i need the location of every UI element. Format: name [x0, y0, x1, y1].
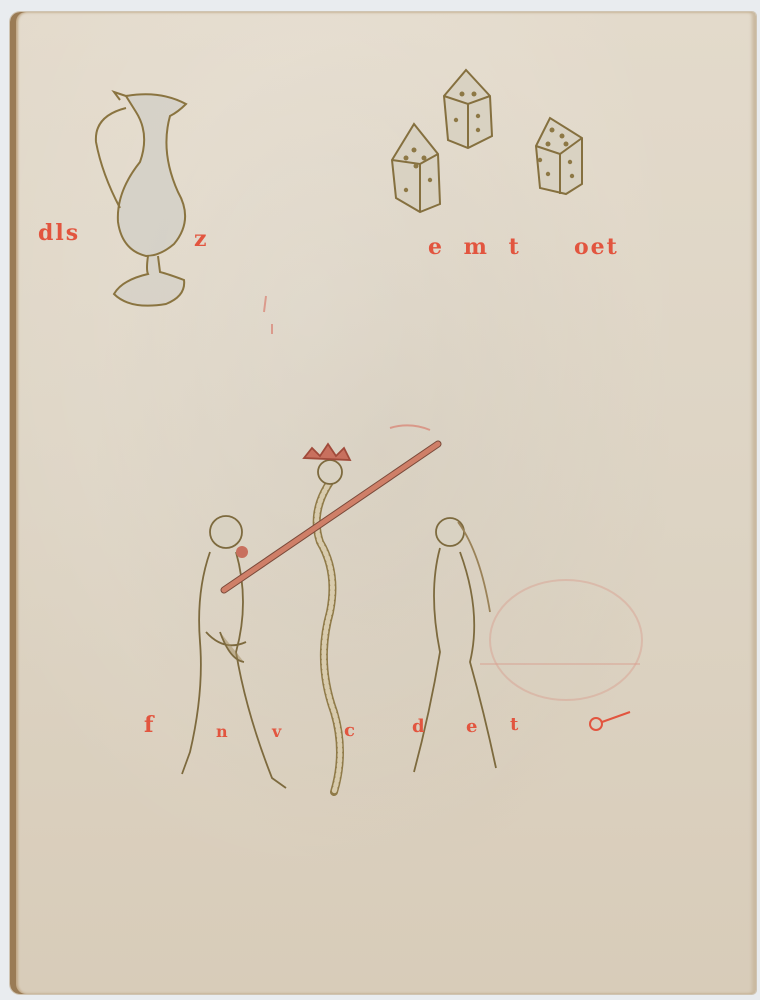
rubric-circle-stroke — [10, 12, 756, 994]
manuscript-page: dls z e m t oet — [10, 12, 756, 994]
